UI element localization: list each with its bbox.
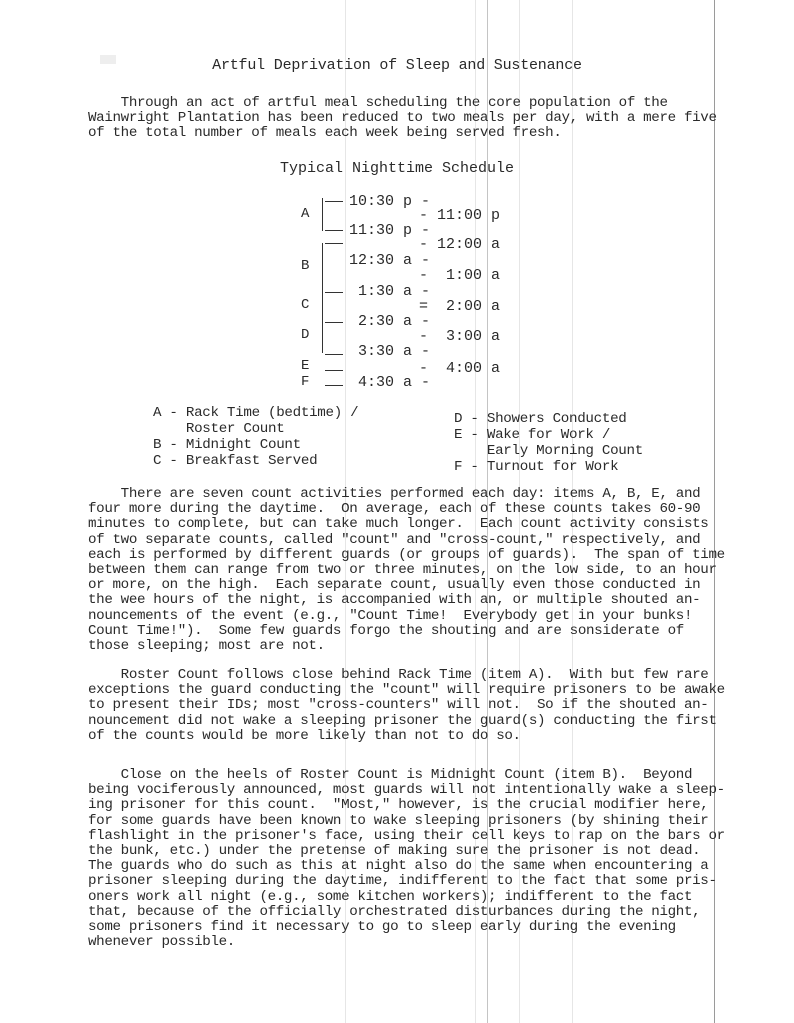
- schedule-time-right: - 3:00 a: [419, 328, 500, 345]
- text-line: The guards who do such as this at night …: [88, 859, 708, 874]
- body-paragraph: There are seven count activities perform…: [88, 487, 708, 654]
- text-line: the wee hours of the night, is accompani…: [88, 593, 708, 608]
- schedule-label: C: [301, 297, 309, 313]
- schedule-legend-left: A - Rack Time (bedtime) / Roster CountB …: [153, 405, 358, 469]
- text-line: Roster Count follows close behind Rack T…: [88, 668, 708, 683]
- bracket-tick: [325, 243, 343, 244]
- text-line: of the total number of meals each week b…: [88, 126, 708, 141]
- bracket-a: [322, 198, 323, 231]
- schedule-time-left: 2:30 a -: [349, 313, 430, 330]
- text-line: that, because of the officially orchestr…: [88, 905, 708, 920]
- text-line: oners work all night (e.g., some kitchen…: [88, 890, 708, 905]
- legend-line: A - Rack Time (bedtime) /: [153, 405, 358, 421]
- schedule-time-right: - 4:00 a: [419, 360, 500, 377]
- body-paragraph: Roster Count follows close behind Rack T…: [88, 668, 708, 744]
- schedule-label: B: [301, 258, 309, 274]
- bracket-bcd: [322, 243, 323, 353]
- schedule-time-left: 4:30 a -: [349, 374, 430, 391]
- schedule-time-left: 12:30 a -: [349, 252, 430, 269]
- page-edge-line: [714, 0, 715, 1023]
- bracket-tick: [325, 385, 343, 386]
- schedule-time-right: - 11:00 p: [419, 207, 500, 224]
- schedule-label: F: [301, 374, 309, 390]
- text-line: those sleeping; most are not.: [88, 639, 708, 654]
- bracket-tick: [325, 230, 343, 231]
- bracket-tick: [325, 292, 343, 293]
- legend-line: Early Morning Count: [454, 443, 643, 459]
- legend-line: E - Wake for Work /: [454, 427, 643, 443]
- schedule-label: A: [301, 206, 309, 222]
- schedule-legend-right: D - Showers ConductedE - Wake for Work /…: [454, 411, 643, 475]
- schedule-time-left: 1:30 a -: [349, 283, 430, 300]
- text-line: nouncements of the event (e.g., "Count T…: [88, 609, 708, 624]
- text-line: or more, on the high. Each separate coun…: [88, 578, 708, 593]
- text-line: of the counts would be more likely than …: [88, 729, 708, 744]
- text-line: Close on the heels of Roster Count is Mi…: [88, 768, 708, 783]
- schedule-title: Typical Nighttime Schedule: [0, 160, 794, 177]
- text-line: Count Time!"). Some few guards forgo the…: [88, 624, 708, 639]
- schedule-time-left: 11:30 p -: [349, 222, 430, 239]
- body-paragraph: Close on the heels of Roster Count is Mi…: [88, 768, 708, 950]
- bracket-tick: [325, 322, 343, 323]
- text-line: of two separate counts, called "count" a…: [88, 533, 708, 548]
- text-line: exceptions the guard conducting the "cou…: [88, 683, 708, 698]
- text-line: the bunk, etc.) under the pretense of ma…: [88, 844, 708, 859]
- text-line: whenever possible.: [88, 935, 708, 950]
- text-line: ing prisoner for this count. "Most," how…: [88, 798, 708, 813]
- document-title: Artful Deprivation of Sleep and Sustenan…: [0, 57, 794, 74]
- text-line: each is performed by different guards (o…: [88, 548, 708, 563]
- text-line: flashlight in the prisoner's face, using…: [88, 829, 708, 844]
- schedule-label: E: [301, 358, 309, 374]
- schedule-time-right: = 2:00 a: [419, 298, 500, 315]
- legend-line: F - Turnout for Work: [454, 459, 643, 475]
- text-line: Wainwright Plantation has been reduced t…: [88, 111, 708, 126]
- text-line: being vociferously announced, most guard…: [88, 783, 708, 798]
- schedule-time-left: 10:30 p -: [349, 193, 430, 210]
- schedule-time-right: - 12:00 a: [419, 236, 500, 253]
- text-line: to present their IDs; most "cross-counte…: [88, 698, 708, 713]
- text-line: for some guards have been known to wake …: [88, 814, 708, 829]
- legend-line: D - Showers Conducted: [454, 411, 643, 427]
- text-line: between them can range from two or three…: [88, 563, 708, 578]
- text-line: Through an act of artful meal scheduling…: [88, 96, 708, 111]
- bracket-tick: [325, 354, 343, 355]
- schedule-time-left: 3:30 a -: [349, 343, 430, 360]
- text-line: nouncement did not wake a sleeping priso…: [88, 714, 708, 729]
- bracket-tick: [325, 370, 343, 371]
- legend-line: C - Breakfast Served: [153, 453, 358, 469]
- legend-line: Roster Count: [153, 421, 358, 437]
- schedule-time-right: - 1:00 a: [419, 267, 500, 284]
- text-line: minutes to complete, but can take much l…: [88, 517, 708, 532]
- text-line: prisoner sleeping during the daytime, in…: [88, 874, 708, 889]
- text-line: There are seven count activities perform…: [88, 487, 708, 502]
- text-line: some prisoners find it necessary to go t…: [88, 920, 708, 935]
- text-line: four more during the daytime. On average…: [88, 502, 708, 517]
- legend-line: B - Midnight Count: [153, 437, 358, 453]
- bracket-tick: [325, 201, 343, 202]
- intro-paragraph: Through an act of artful meal scheduling…: [88, 96, 708, 142]
- schedule-label: D: [301, 327, 309, 343]
